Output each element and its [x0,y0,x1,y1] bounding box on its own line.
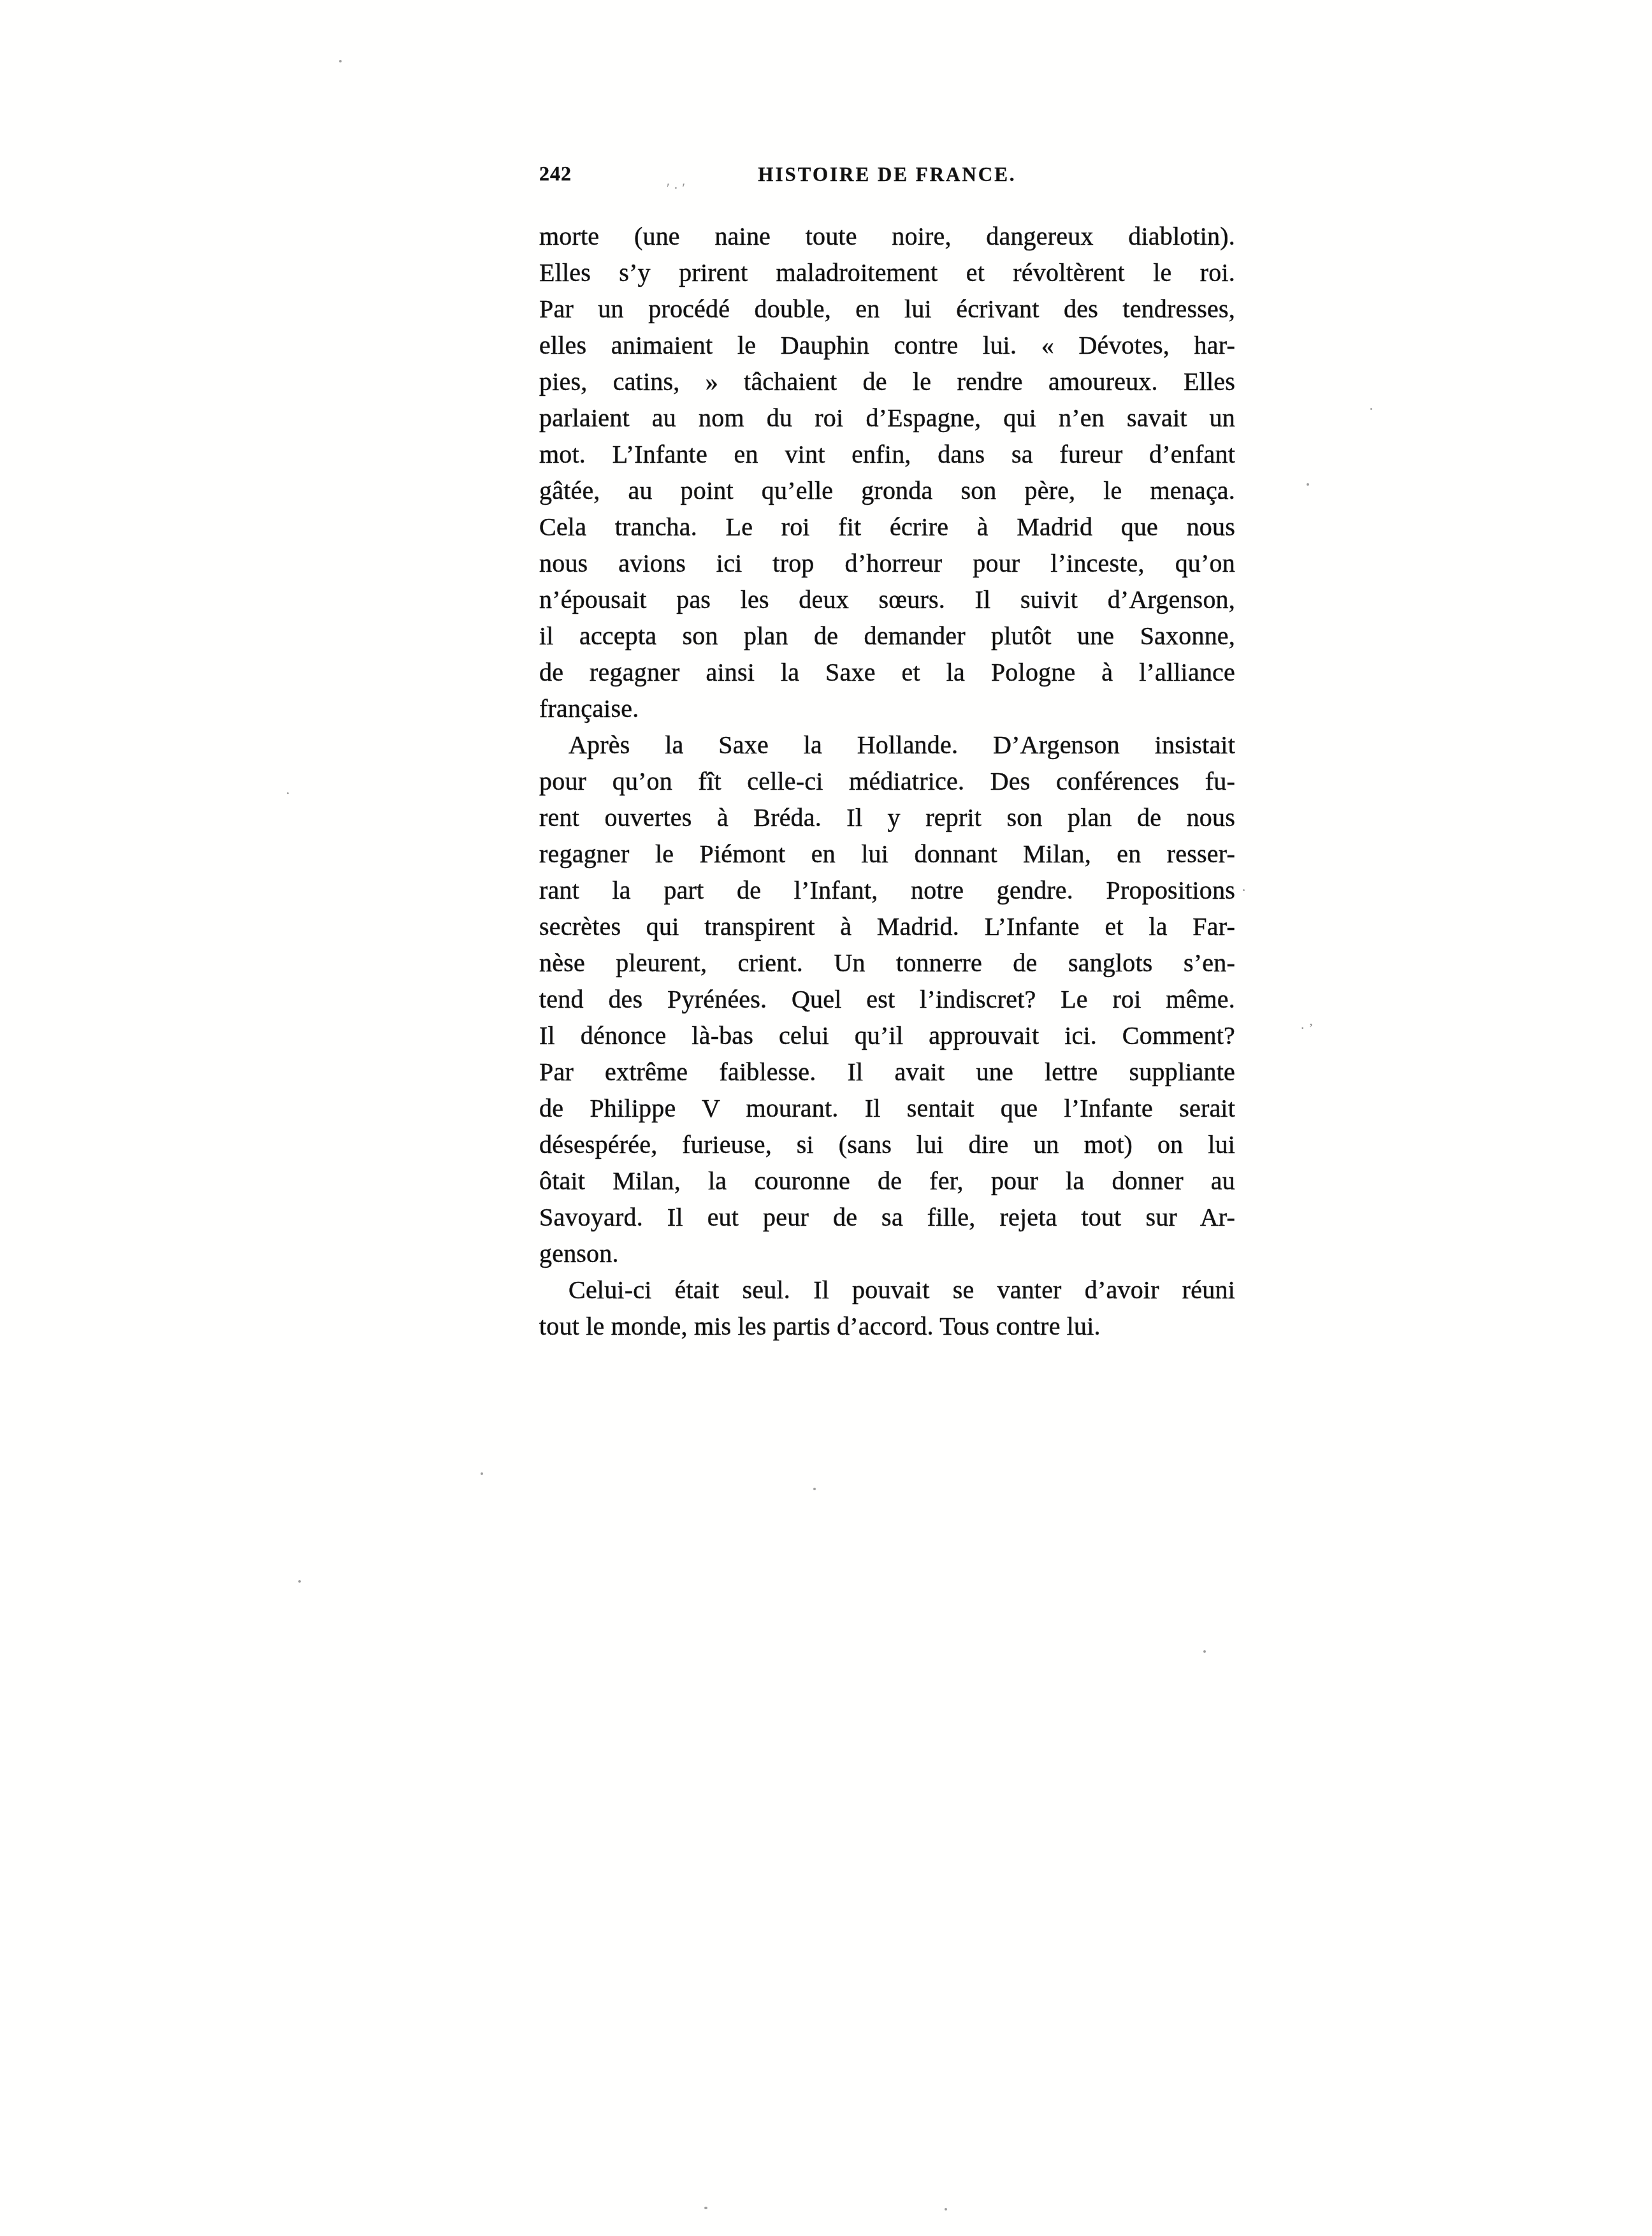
scan-artifact [1203,1650,1206,1653]
body-text: morte (une naine toute noire, dangereux … [539,218,1235,1344]
text-line: Savoyard. Il eut peur de sa fille, rejet… [539,1199,1235,1235]
text-line: Il dénonce là-bas celui qu’il approuvait… [539,1017,1235,1054]
text-line: de regagner ainsi la Saxe et la Pologne … [539,654,1235,690]
text-line: gâtée, au point qu’elle gronda son père,… [539,472,1235,509]
text-line: secrètes qui transpirent à Madrid. L’Inf… [539,908,1235,945]
text-line: n’épousait pas les deux sœurs. Il suivit… [539,581,1235,618]
text-line: Celui-ci était seul. Il pouvait se vante… [539,1272,1235,1308]
scan-artifact [481,1472,483,1475]
running-head: 242 HISTOIRE DE FRANCE. [539,161,1235,191]
text-line: il accepta son plan de demander plutôt u… [539,618,1235,654]
text-line: rent ouvertes à Bréda. Il y reprit son p… [539,799,1235,836]
text-line: nèse pleurent, crient. Un tonnerre de sa… [539,945,1235,981]
text-line: pies, catins, » tâchaient de le rendre a… [539,363,1235,400]
running-title: HISTOIRE DE FRANCE. [539,163,1235,186]
text-line: mot. L’Infante en vint enfin, dans sa fu… [539,436,1235,472]
scan-artifact [1243,889,1245,891]
text-line: de Philippe V mourant. Il sentait que l’… [539,1090,1235,1126]
scan-artifact: ·’ [1300,1020,1317,1036]
text-line: française. [539,690,1235,727]
scan-artifact [339,60,342,62]
scan-artifact [1370,408,1372,410]
text-line: Après la Saxe la Hollande. D’Argenson in… [539,727,1235,763]
scan-artifact [287,792,289,794]
text-line: Par extrême faiblesse. Il avait une lett… [539,1054,1235,1090]
scan-artifact [945,2208,947,2211]
book-page: 242 HISTOIRE DE FRANCE. ′·′ morte (une n… [0,0,1652,2236]
text-line: ôtait Milan, la couronne de fer, pour la… [539,1163,1235,1199]
text-line: nous avions ici trop d’horreur pour l’in… [539,545,1235,581]
scan-artifact: ′·′ [667,180,689,196]
scan-artifact [1307,483,1309,486]
text-line: Par un procédé double, en lui écrivant d… [539,291,1235,327]
text-line: Cela trancha. Le roi fit écrire à Madrid… [539,509,1235,545]
text-line: tend des Pyrénées. Quel est l’indiscret?… [539,981,1235,1017]
text-line: Elles s’y prirent maladroitement et révo… [539,254,1235,291]
text-line: genson. [539,1235,1235,1272]
text-line: elles animaient le Dauphin contre lui. «… [539,327,1235,363]
scan-artifact [298,1580,301,1583]
text-line: regagner le Piémont en lui donnant Milan… [539,836,1235,872]
scan-artifact [704,2207,707,2209]
text-line: rant la part de l’Infant, notre gendre. … [539,872,1235,908]
text-line: morte (une naine toute noire, dangereux … [539,218,1235,254]
text-line: désespérée, furieuse, si (sans lui dire … [539,1126,1235,1163]
scan-artifact [813,1488,816,1490]
text-line: parlaient au nom du roi d’Espagne, qui n… [539,400,1235,436]
text-line: pour qu’on fît celle-ci médiatrice. Des … [539,763,1235,799]
text-line: tout le monde, mis les partis d’accord. … [539,1308,1235,1344]
